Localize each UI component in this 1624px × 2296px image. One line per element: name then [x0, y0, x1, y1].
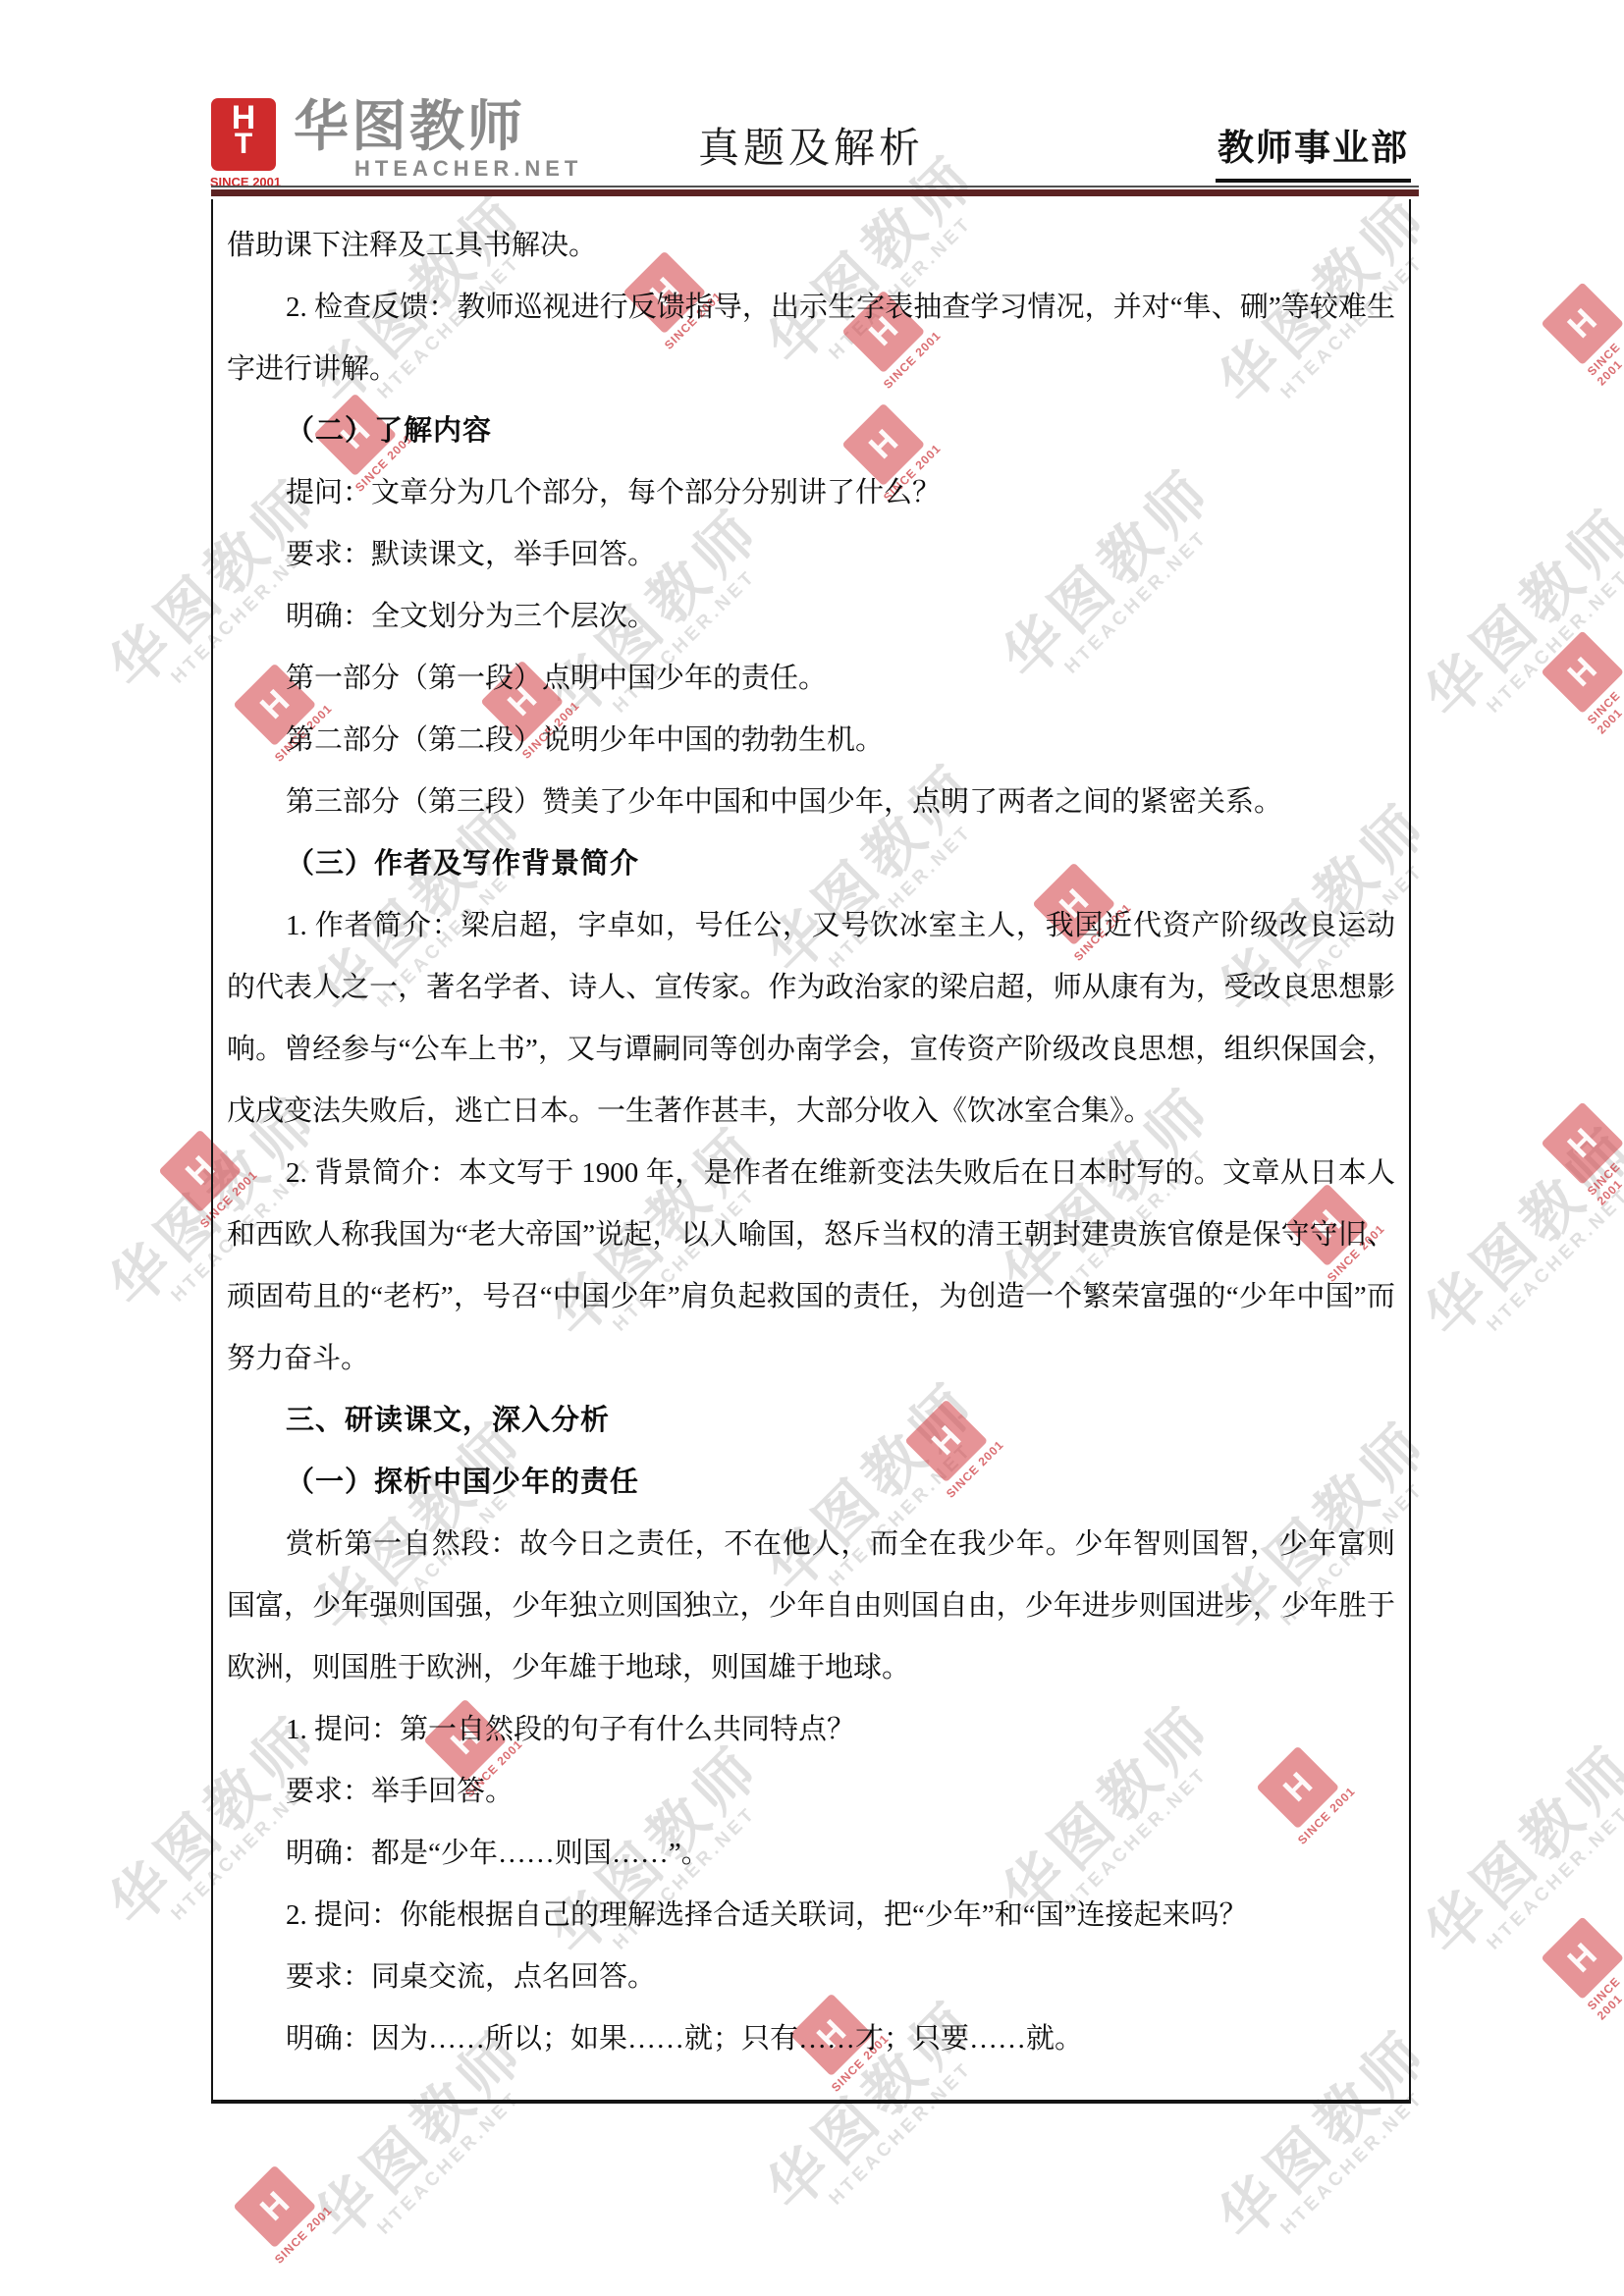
- huatu-diamond-watermark-icon: HSINCE 2001: [1541, 282, 1624, 389]
- watermark-since-label: SINCE 2001: [1585, 674, 1624, 737]
- page-title: 真题及解析: [698, 116, 924, 175]
- paragraph: 2. 检查反馈：教师巡视进行反馈指导，出示生字表抽查学习情况，并对“隼、硎”等较…: [227, 277, 1395, 400]
- paragraph: 第一部分（第一段）点明中国少年的责任。: [227, 648, 1395, 710]
- paragraph-container: 借助课下注释及工具书解决。2. 检查反馈：教师巡视进行反馈指导，出示生字表抽查学…: [227, 215, 1395, 2070]
- paragraph: 要求：默读课文，举手回答。: [227, 524, 1395, 586]
- paragraph: 借助课下注释及工具书解决。: [227, 215, 1395, 277]
- watermark-monogram: H: [1560, 1121, 1604, 1165]
- watermark-since-label: SINCE 2001: [1585, 326, 1624, 389]
- paragraph: 明确：因为……所以；如果……就；只有……才；只要……就。: [227, 2008, 1395, 2070]
- watermark-monogram: H: [1560, 1936, 1604, 1980]
- huatu-diamond-watermark-icon: HSINCE 2001: [1541, 1916, 1624, 2023]
- section-heading: 三、研读课文，深入分析: [227, 1390, 1395, 1452]
- document-page: 华图教师HTEACHER.NET华图教师HTEACHER.NET华图教师HTEA…: [0, 0, 1624, 2296]
- department-label: 教师事业部: [1216, 118, 1411, 183]
- watermark-monogram: H: [253, 2184, 298, 2228]
- watermark-since-label: SINCE 2001: [1585, 1146, 1624, 1208]
- page-header: H T SINCE 2001 华图教师 HTEACHER.NET 真题及解析 教…: [211, 94, 1411, 192]
- watermark-brand-cn: 华图教师: [1414, 1115, 1624, 1348]
- paragraph: 明确：全文划分为三个层次。: [227, 586, 1395, 648]
- paragraph: 2. 背景简介：本文写于 1900 年，是作者在维新变法失败后在日本时写的。文章…: [227, 1143, 1395, 1390]
- watermark-brand-cn: 华图教师: [1414, 497, 1624, 729]
- paragraph: 提问：文章分为几个部分，每个部分分别讲了什么？: [227, 462, 1395, 524]
- brand-watermark: 华图教师HTEACHER.NET: [1414, 1115, 1624, 1362]
- brand-name-cn: 华图教师: [294, 98, 582, 156]
- section-heading: （二）了解内容: [227, 400, 1395, 462]
- huatu-logo: H T SINCE 2001 华图教师 HTEACHER.NET: [211, 98, 582, 182]
- paragraph: 第二部分（第二段）说明少年中国的勃勃生机。: [227, 710, 1395, 772]
- header-rule-thin: [211, 186, 1419, 187]
- logo-text: 华图教师 HTEACHER.NET: [294, 98, 582, 182]
- watermark-brand-en: HTEACHER.NET: [1458, 1159, 1624, 1362]
- watermark-since-label: SINCE 2001: [272, 2204, 335, 2267]
- paragraph: 明确：都是“少年……则国……”。: [227, 1823, 1395, 1885]
- brand-watermark: 华图教师HTEACHER.NET: [1414, 497, 1624, 744]
- header-rule: [211, 186, 1419, 196]
- paragraph: 要求：同桌交流，点名回答。: [227, 1947, 1395, 2008]
- paragraph: 1. 提问：第一自然段的句子有什么共同特点？: [227, 1699, 1395, 1761]
- brand-name-en: HTEACHER.NET: [294, 156, 582, 182]
- watermark-monogram: H: [1560, 650, 1604, 694]
- watermark-diamond: H: [1541, 1101, 1624, 1185]
- huatu-diamond-watermark-icon: HSINCE 2001: [1541, 630, 1624, 737]
- section-heading: （一）探析中国少年的责任: [227, 1452, 1395, 1514]
- section-heading: （三）作者及写作背景简介: [227, 833, 1395, 895]
- watermark-diamond: H: [1541, 1916, 1624, 2000]
- watermark-diamond: H: [234, 2164, 317, 2248]
- header-rule-thick: [211, 189, 1419, 196]
- watermark-brand-cn: 华图教师: [1414, 1734, 1624, 1966]
- watermark-diamond: H: [1541, 282, 1624, 365]
- huatu-diamond-watermark-icon: HSINCE 2001: [1541, 1101, 1624, 1208]
- watermark-since-label: SINCE 2001: [1585, 1960, 1624, 2023]
- paragraph: 要求：举手回答。: [227, 1761, 1395, 1823]
- huatu-diamond-watermark-icon: HSINCE 2001: [228, 2159, 335, 2266]
- paragraph: 2. 提问：你能根据自己的理解选择合适关联词，把“少年”和“国”连接起来吗？: [227, 1885, 1395, 1947]
- paragraph: 第三部分（第三段）赞美了少年中国和中国少年，点明了两者之间的紧密关系。: [227, 772, 1395, 833]
- watermark-monogram: H: [1560, 301, 1604, 346]
- brand-watermark: 华图教师HTEACHER.NET: [1414, 1734, 1624, 1981]
- watermark-brand-en: HTEACHER.NET: [1458, 541, 1624, 744]
- huatu-shield-icon: H T SINCE 2001: [211, 98, 276, 171]
- watermark-brand-en: HTEACHER.NET: [1458, 1778, 1624, 1981]
- paragraph: 赏析第一自然段：故今日之责任，不在他人，而全在我少年。少年智则国智，少年富则国富…: [227, 1514, 1395, 1699]
- content-table-cell: 借助课下注释及工具书解决。2. 检查反馈：教师巡视进行反馈指导，出示生字表抽查学…: [211, 199, 1411, 2104]
- logo-monogram-t: T: [235, 130, 252, 159]
- watermark-diamond: H: [1541, 630, 1624, 714]
- paragraph: 1. 作者简介：梁启超，字卓如，号任公，又号饮冰室主人，我国近代资产阶级改良运动…: [227, 895, 1395, 1143]
